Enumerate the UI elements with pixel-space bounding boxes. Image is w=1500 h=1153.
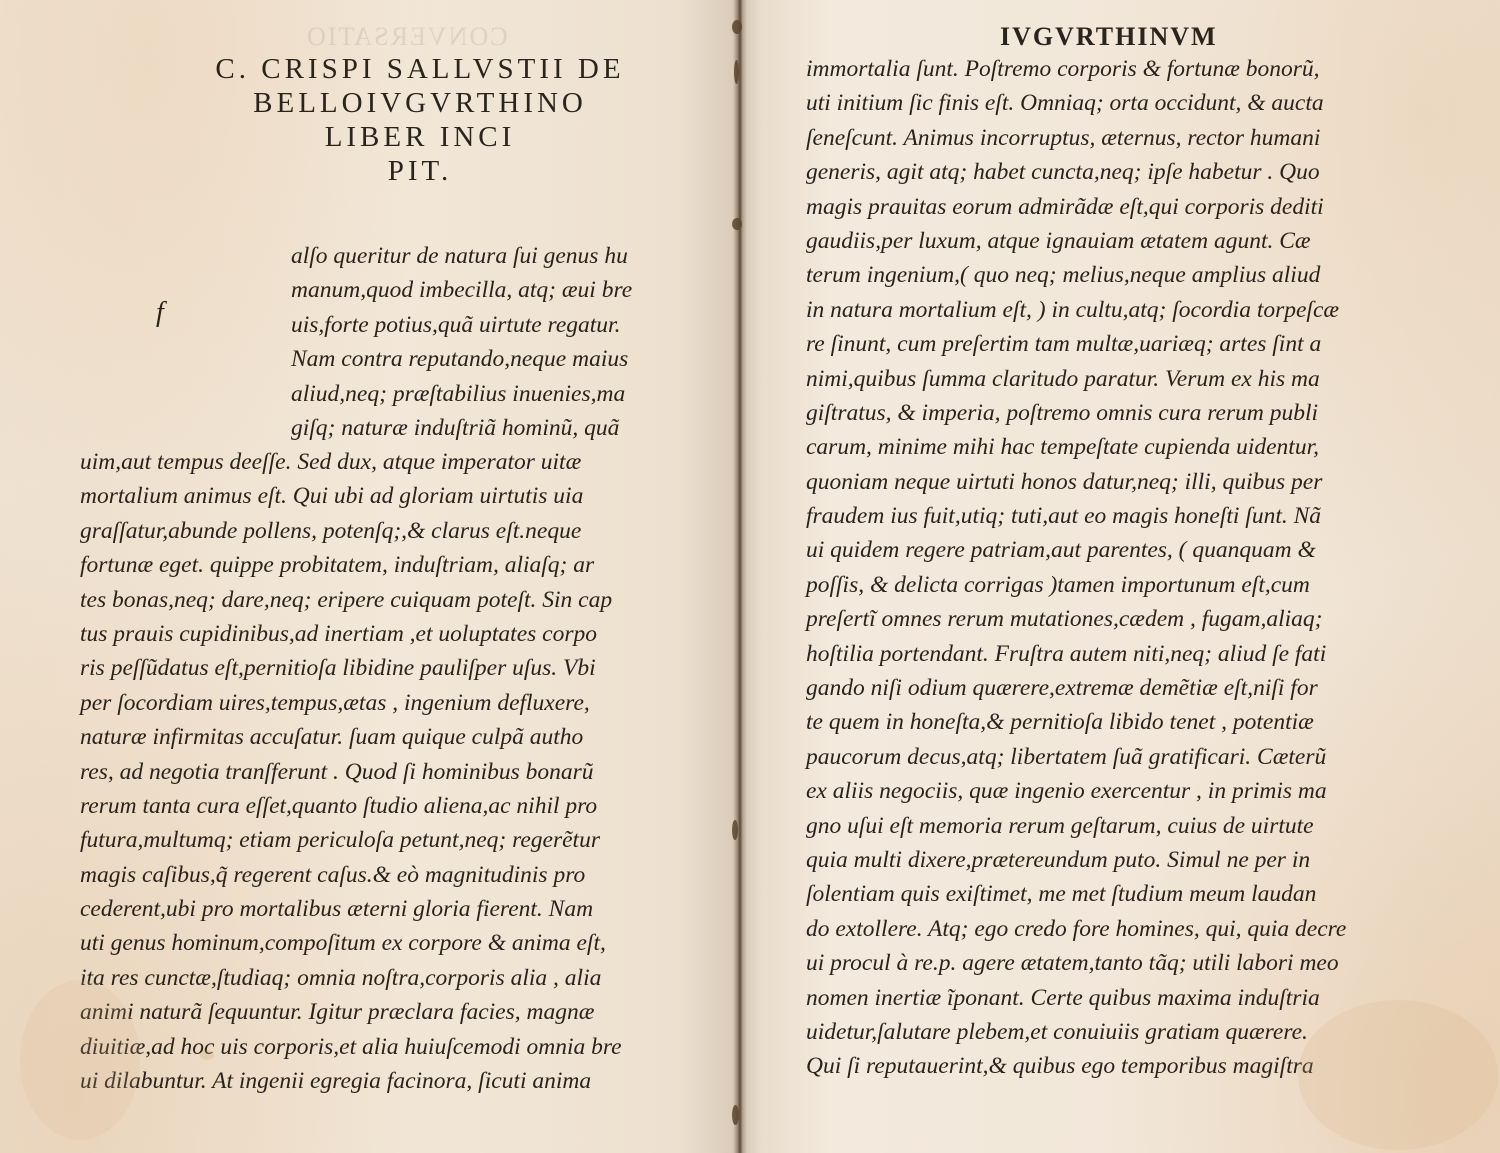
text-line: gando niſi odium quærere,extremæ demẽtiæ… (806, 671, 1386, 705)
text-line: terum ingenium,( quo neq; melius,neque a… (806, 258, 1386, 292)
text-line: ris peſſũdatus eſt,pernitioſa libidine p… (80, 651, 670, 685)
text-line: nomen inertiæ ĩponant. Certe quibus maxi… (806, 981, 1386, 1015)
text-line: tus prauis cupidinibus,ad inertiam ,et u… (80, 617, 670, 651)
running-head: IVGVRTHINVM (1000, 22, 1218, 52)
text-line: ex aliis negociis, quæ ingenio exercentu… (806, 774, 1386, 808)
text-line: re ſinunt, cum preſertim tam multæ,uariæ… (806, 327, 1386, 361)
text-line: naturæ infirmitas accuſatur. ſuam quique… (80, 720, 670, 754)
text-line: generis, agit atq; habet cuncta,neq; ipſ… (806, 155, 1386, 189)
text-line: alſo queritur de natura ſui genus hu (291, 239, 671, 273)
foxing-stain (20, 980, 140, 1140)
text-line: diuitiæ,ad hoc uis corporis,et alia huiu… (80, 1030, 670, 1064)
text-line: ita res cunctæ,ſtudiaq; omnia noſtra,cor… (80, 961, 670, 995)
text-line: in natura mortalium eſt, ) in cultu,atq;… (806, 293, 1386, 327)
text-line: carum, minime mihi hac tempeſtate cupien… (806, 430, 1386, 464)
text-line: magis caſibus,q̃ regerent caſus.& eò mag… (80, 858, 670, 892)
text-line: quia multi dixere,prætereundum puto. Sim… (806, 843, 1386, 877)
text-line: gaudiis,per luxum, atque ignauiam ætatem… (806, 224, 1386, 258)
text-line: uti genus hominum,compoſitum ex corpore … (80, 926, 670, 960)
text-line: Nam contra reputando,neque maius (291, 342, 671, 376)
text-line: res, ad negotia tranſferunt . Quod ſi ho… (80, 755, 670, 789)
text-line: graſſatur,abunde pollens, potenſq;,& cla… (80, 514, 670, 548)
book-title: C. CRISPI SALLVSTII DE BELLOIVGVRTHINO L… (140, 52, 700, 188)
indented-paragraph: alſo queritur de natura ſui genus hu man… (291, 239, 671, 445)
text-line: uis,forte potius,quã uirtute regatur. (291, 308, 671, 342)
text-line: fortunæ eget. quippe probitatem, induſtr… (80, 548, 670, 582)
right-page: IVGVRTHINVM immortalia ſunt. Poſtremo co… (738, 0, 1500, 1153)
text-line: immortalia ſunt. Poſtremo corporis & for… (806, 52, 1386, 86)
text-line: ſeneſcunt. Animus incorruptus, æternus, … (806, 121, 1386, 155)
text-line: cederent,ubi pro mortalibus æterni glori… (80, 892, 670, 926)
show-through-text: CONVERSATIO (305, 22, 508, 52)
text-line: magis prauitas eorum admirãdæ eſt,qui co… (806, 190, 1386, 224)
text-line: preſertĩ omnes rerum mutationes,cædem , … (806, 602, 1386, 636)
foxing-stain (1298, 1000, 1498, 1150)
binding-stitch (732, 1105, 739, 1125)
text-line: do extollere. Atq; ego credo fore homine… (806, 912, 1386, 946)
left-page: CONVERSATIO C. CRISPI SALLVSTII DE BELLO… (0, 0, 738, 1153)
right-body-text: immortalia ſunt. Poſtremo corporis & for… (806, 52, 1386, 1084)
text-line: mortalium animus eſt. Qui ubi ad gloriam… (80, 479, 670, 513)
text-line: ui dilabuntur. At ingenii egregia facino… (80, 1064, 670, 1098)
text-line: ui procul à re.p. agere ætatem,tanto tãq… (806, 946, 1386, 980)
text-line: giſq; naturæ induſtriã hominũ, quã (291, 411, 671, 445)
text-line: per ſocordiam uires,tempus,ætas , ingeni… (80, 686, 670, 720)
title-line: C. CRISPI SALLVSTII DE (140, 52, 700, 86)
binding-stitch (732, 218, 742, 230)
text-line: rerum tanta cura eſſet,quanto ſtudio ali… (80, 789, 670, 823)
text-line: gno uſui eſt memoria rerum geſtarum, cui… (806, 809, 1386, 843)
binding-stitch (732, 20, 742, 34)
foxing-spot (200, 1050, 214, 1060)
text-line: ſolentiam quis exiſtimet, me met ſtudium… (806, 877, 1386, 911)
text-line: uim,aut tempus deeſſe. Sed dux, atque im… (80, 445, 670, 479)
text-line: fraudem ius fuit,utiq; tuti,aut eo magis… (806, 499, 1386, 533)
binding-stitch (734, 60, 739, 84)
text-line: nimi,quibus ſumma claritudo paratur. Ver… (806, 362, 1386, 396)
text-line: poſſis, & delicta corrigas )tamen import… (806, 568, 1386, 602)
title-line: PIT. (140, 154, 700, 188)
text-line: hoſtilia portendant. Fruſtra autem niti,… (806, 637, 1386, 671)
text-line: animi naturã ſequuntur. Igitur præclara … (80, 995, 670, 1029)
text-line: manum,quod imbecilla, atq; æui bre (291, 273, 671, 307)
text-line: uti initium ſic finis eſt. Omniaq; orta … (806, 86, 1386, 120)
title-line: LIBER INCI (140, 120, 700, 154)
text-line: giſtratus, & imperia, poſtremo omnis cur… (806, 396, 1386, 430)
book-gutter (733, 0, 747, 1153)
text-line: te quem in honeſta,& pernitioſa libido t… (806, 705, 1386, 739)
left-body-text: uim,aut tempus deeſſe. Sed dux, atque im… (80, 445, 670, 1098)
text-line: uidetur,ſalutare plebem,et conuiuiis gra… (806, 1015, 1386, 1049)
text-line: futura,multumq; etiam periculoſa petunt,… (80, 823, 670, 857)
title-line: BELLOIVGVRTHINO (140, 86, 700, 120)
text-line: ui quidem regere patriam,aut parentes, (… (806, 533, 1386, 567)
text-line: aliud,neq; præſtabilius inuenies,ma (291, 377, 671, 411)
binding-stitch (732, 820, 738, 840)
book-spread: CONVERSATIO C. CRISPI SALLVSTII DE BELLO… (0, 0, 1500, 1153)
text-line: tes bonas,neq; dare,neq; eripere cuiquam… (80, 583, 670, 617)
text-line: quoniam neque uirtuti honos datur,neq; i… (806, 465, 1386, 499)
initial-guide-letter: f (156, 297, 164, 329)
text-line: paucorum decus,atq; libertatem ſuã grati… (806, 740, 1386, 774)
